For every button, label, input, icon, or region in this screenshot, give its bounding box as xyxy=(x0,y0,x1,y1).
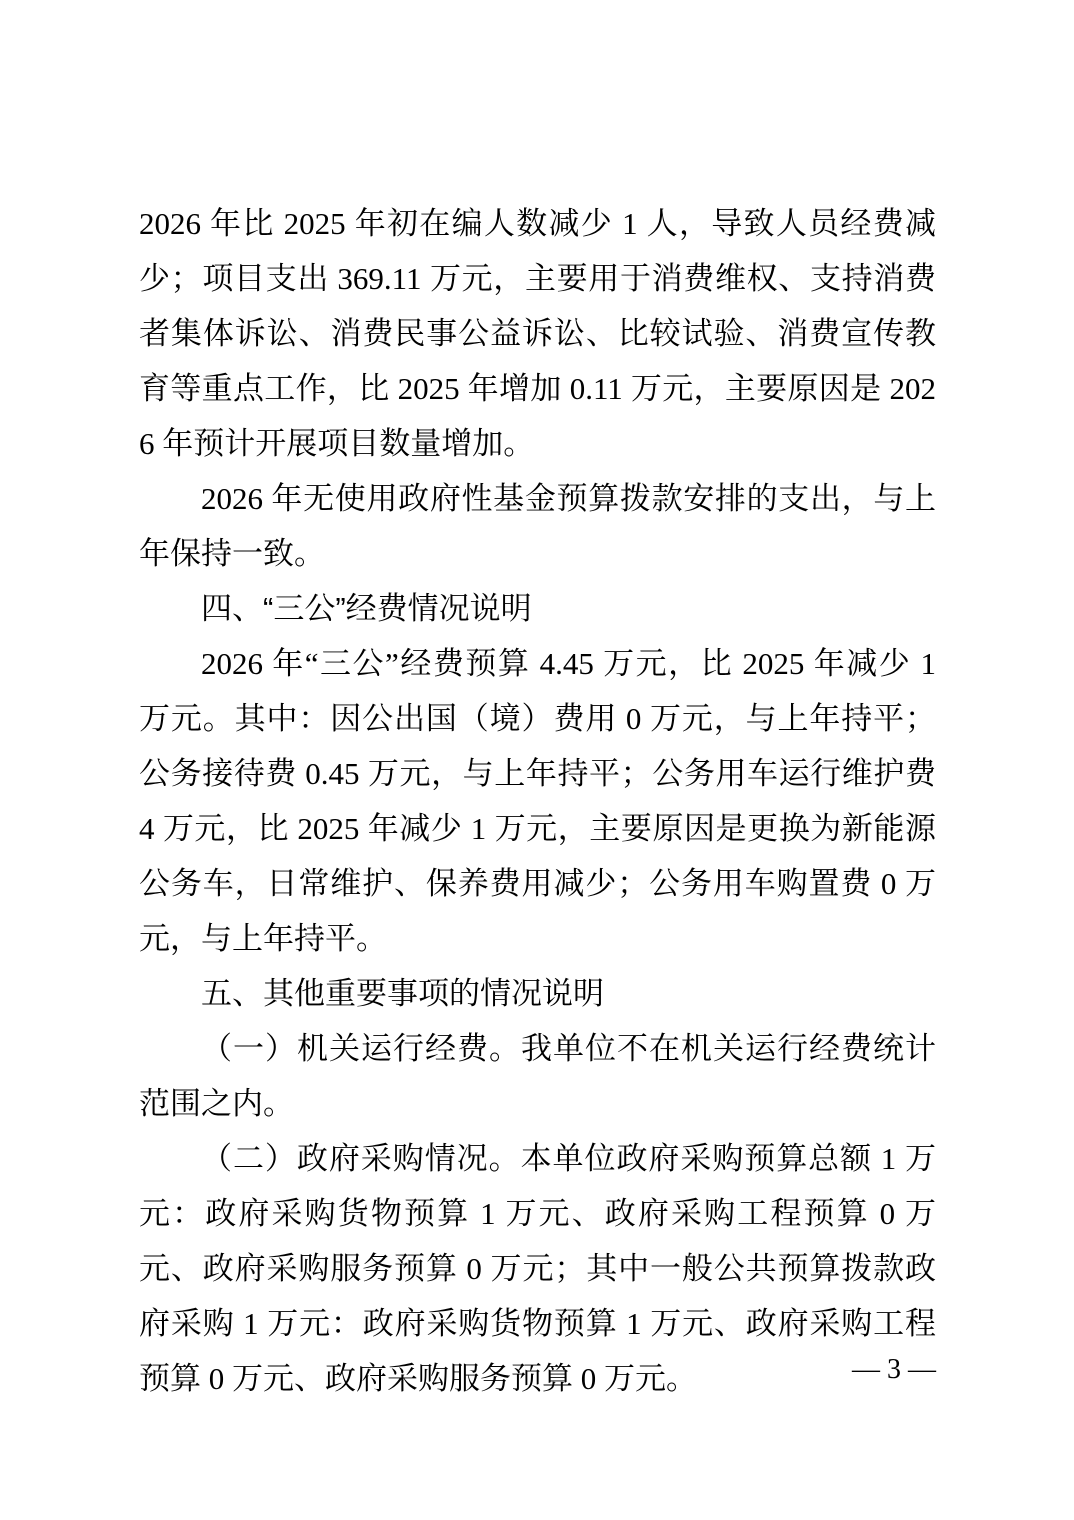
paragraph-personnel-and-project-expense: 2026 年比 2025 年初在编人数减少 1 人，导致人员经费减少；项目支出 … xyxy=(139,196,936,471)
document-body: 2026 年比 2025 年初在编人数减少 1 人，导致人员经费减少；项目支出 … xyxy=(139,196,936,1406)
item-one-lead-label: （一）机关运行经费。 xyxy=(201,1031,521,1066)
item-two-body-text: 本单位政府采购预算总额 1 万元：政府采购货物预算 1 万元、政府采购工程预算 … xyxy=(139,1141,936,1396)
paragraph-three-public-funds-detail: 2026 年“三公”经费预算 4.45 万元，比 2025 年减少 1 万元。其… xyxy=(139,636,936,966)
document-page: 2026 年比 2025 年初在编人数减少 1 人，导致人员经费减少；项目支出 … xyxy=(0,0,1074,1520)
page-number: — 3 — xyxy=(852,1350,936,1390)
paragraph-government-fund-budget: 2026 年无使用政府性基金预算拨款安排的支出，与上年保持一致。 xyxy=(139,471,936,581)
paragraph-agency-operating-expense: （一）机关运行经费。我单位不在机关运行经费统计范围之内。 xyxy=(139,1021,936,1131)
item-two-lead-label: （二）政府采购情况。 xyxy=(201,1141,521,1176)
paragraph-government-procurement: （二）政府采购情况。本单位政府采购预算总额 1 万元：政府采购货物预算 1 万元… xyxy=(139,1131,936,1406)
heading-section-five-other-important-items: 五、其他重要事项的情况说明 xyxy=(139,966,936,1021)
heading-section-four-three-public-funds: 四、“三公”经费情况说明 xyxy=(139,581,936,636)
